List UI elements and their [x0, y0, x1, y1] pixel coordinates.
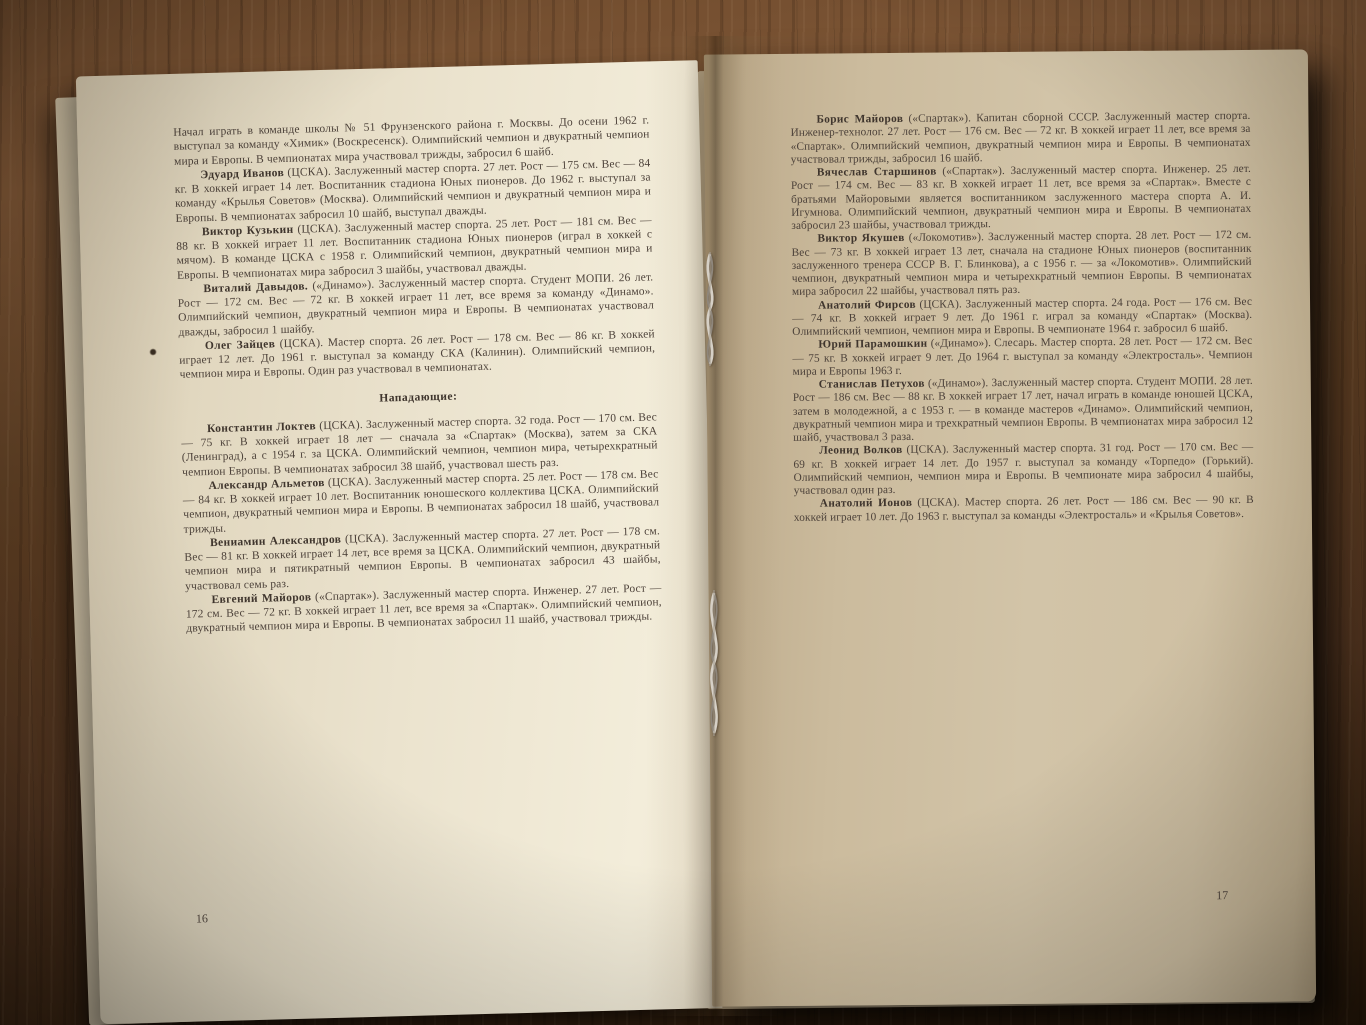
- player-name: Виктор Якушев: [817, 232, 904, 245]
- player-name: Эдуард Иванов: [200, 167, 284, 181]
- right-page-text: Борис Майоров («Спартак»). Капитан сборн…: [704, 49, 1316, 1006]
- bio-paragraph: Станислав Петухов («Динамо»). Заслуженны…: [793, 375, 1254, 445]
- player-name: Вячеслав Старшинов: [817, 166, 937, 179]
- player-name: Юрий Парамошкин: [818, 338, 927, 351]
- bio-paragraph: Леонид Волков (ЦСКА). Заслуженный мастер…: [793, 441, 1253, 498]
- player-name: Борис Майоров: [816, 113, 903, 126]
- bio-paragraph: Анатолий Фирсов (ЦСКА). Заслуженный маст…: [792, 295, 1252, 339]
- bio-paragraph: Вячеслав Старшинов («Спартак»). Заслужен…: [791, 163, 1252, 233]
- left-page-text: Начал играть в команде школы № 51 Фрунзе…: [76, 60, 723, 1024]
- player-name: Анатолий Ионов: [820, 497, 913, 510]
- player-name: Олег Зайцев: [205, 338, 276, 352]
- page-left: Начал играть в команде школы № 51 Фрунзе…: [76, 60, 723, 1024]
- bio-paragraph: Борис Майоров («Спартак»). Капитан сборн…: [790, 110, 1250, 167]
- page-number-left: 16: [196, 911, 208, 926]
- player-name: Евгений Майоров: [211, 591, 311, 606]
- player-name: Станислав Петухов: [819, 378, 925, 391]
- open-booklet: Начал играть в команде школы № 51 Фрунзе…: [0, 0, 1366, 1025]
- bio-paragraph: Юрий Парамошкин («Динамо»). Слесарь. Мас…: [792, 335, 1252, 379]
- player-name: Константин Локтев: [207, 420, 316, 435]
- player-name: Виталий Давыдов.: [203, 280, 308, 295]
- player-name: Вениамин Александров: [210, 533, 342, 548]
- player-name: Леонид Волков: [819, 444, 902, 457]
- player-name: Анатолий Фирсов: [818, 298, 916, 311]
- section-heading: Нападающие:: [180, 384, 656, 411]
- page-number-right: 17: [1216, 888, 1228, 903]
- page-right: Борис Майоров («Спартак»). Капитан сборн…: [704, 49, 1316, 1006]
- bio-paragraph: Виктор Якушев («Локомотив»). Заслуженный…: [791, 229, 1252, 299]
- player-name: Виктор Кузькин: [202, 224, 294, 238]
- player-name: Александр Альметов: [208, 477, 325, 492]
- bio-paragraph: Анатолий Ионов (ЦСКА). Мастер спорта. 26…: [794, 494, 1254, 525]
